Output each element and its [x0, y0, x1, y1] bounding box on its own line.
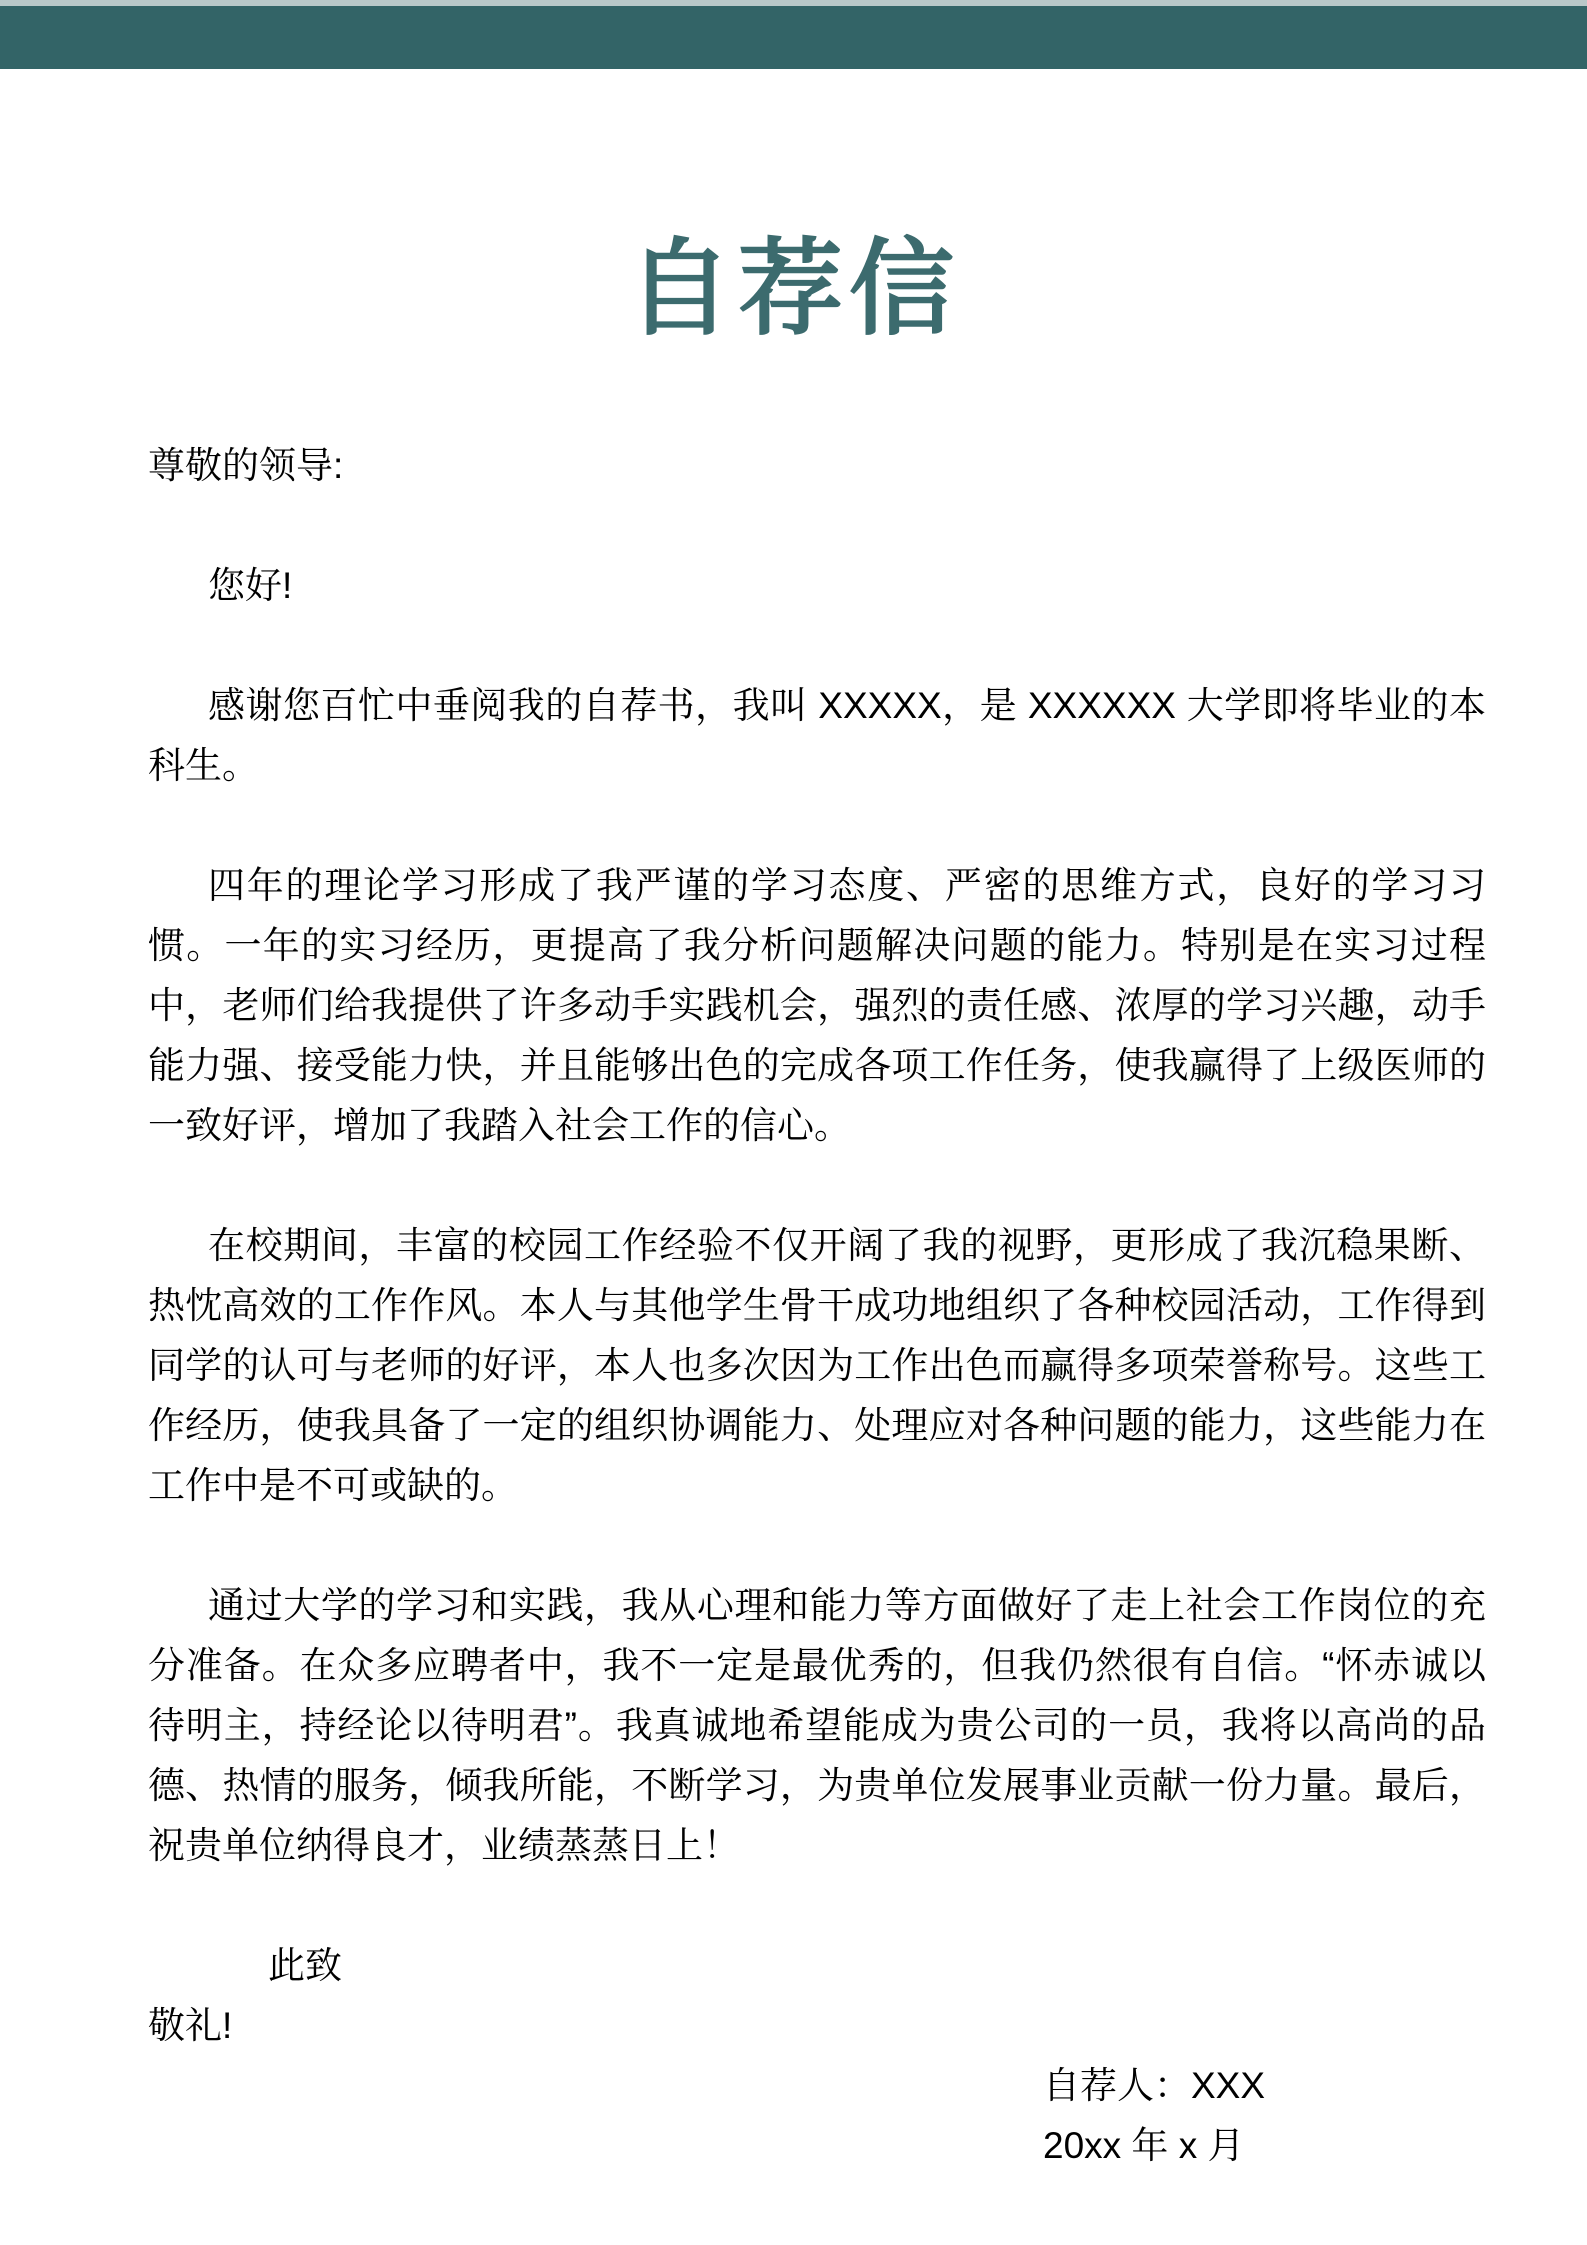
letter-paragraph: 在校期间，丰富的校园工作经验不仅开阔了我的视野，更形成了我沉稳果断、热忱高效的工… [148, 1216, 1486, 1516]
letter-paragraph: 通过大学的学习和实践，我从心理和能力等方面做好了走上社会工作岗位的充分准备。在众… [148, 1576, 1486, 1876]
letter-page: 自荐信 尊敬的领导: 您好! 感谢您百忙中垂阅我的自荐书，我叫 XXXXX，是 … [0, 0, 1587, 2245]
closing-block: 此致 敬礼! [148, 1936, 1486, 2056]
letter-body: 尊敬的领导: 您好! 感谢您百忙中垂阅我的自荐书，我叫 XXXXX，是 XXXX… [148, 436, 1486, 2176]
signature-signer: 自荐人：XXX [1043, 2056, 1486, 2116]
letter-paragraph: 感谢您百忙中垂阅我的自荐书，我叫 XXXXX，是 XXXXXX 大学即将毕业的本… [148, 676, 1486, 796]
signature-date: 20xx 年 x 月 [1043, 2116, 1486, 2176]
header-bar [0, 6, 1587, 69]
letter-paragraph: 四年的理论学习形成了我严谨的学习态度、严密的思维方式，良好的学习习惯。一年的实习… [148, 856, 1486, 1156]
closing-salute: 敬礼! [148, 1996, 1486, 2056]
salutation-line: 尊敬的领导: [148, 436, 1486, 496]
signature-block: 自荐人：XXX 20xx 年 x 月 [1043, 2056, 1486, 2176]
page-title: 自荐信 [0, 237, 1587, 342]
closing-respectfully: 此致 [148, 1936, 1486, 1996]
greeting-line: 您好! [148, 556, 1486, 616]
